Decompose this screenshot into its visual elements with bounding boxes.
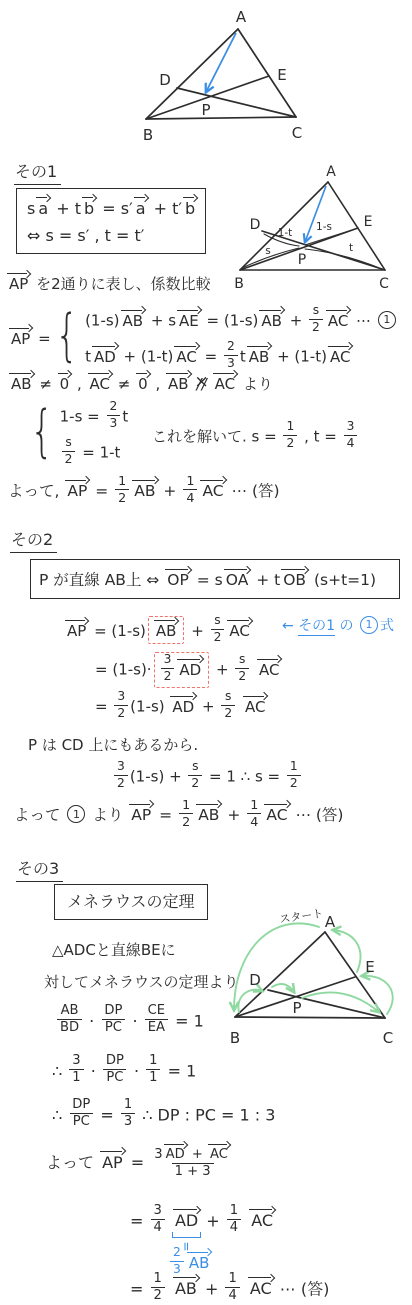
s1-solve-note: これを解いて. s = 12 , t = 34 [152, 422, 359, 452]
s2-line2: = (1-s)·32AD + s2 AC [95, 652, 282, 688]
vector-AP: AP [100, 1150, 125, 1171]
s2-line1: AP = (1-s)AB + s2AC [64, 616, 253, 647]
vector-AC: AC [174, 345, 198, 365]
vector-AP: AP [9, 327, 32, 347]
vector-OP: OP [165, 568, 191, 589]
vector-AE: AE [177, 309, 201, 329]
vector-AC: AC [200, 479, 225, 500]
circled-number: 1 [67, 805, 85, 823]
vector-AB: AB [173, 1276, 199, 1297]
circled-number: 1 [360, 616, 378, 634]
section2-heading: その2 [10, 527, 57, 553]
system-brace: { [56, 309, 79, 362]
vector-AC: AC [213, 372, 237, 392]
fig2-ratio-1-s: 1-s [316, 221, 332, 233]
fig1-label-B: B [143, 126, 153, 144]
vector-AB: AB [121, 309, 146, 329]
s1-answer: よって, AP = 12AB + 14AC ⋯ (答) [8, 476, 280, 507]
vector-AD: AD [170, 695, 196, 715]
s2-equation: 32(1-s) + s2 = 1 ∴ s = 12 [112, 762, 303, 792]
vector-AP: AP [65, 479, 89, 500]
figure-triangle-ratios: A D E B C P 1-t 1-s s t [225, 158, 412, 300]
fig2-label-D: D [250, 217, 261, 233]
system-brace: { [30, 405, 53, 458]
vector-AC: AC [249, 1208, 275, 1229]
vector-AC: AC [257, 658, 281, 678]
box1-line2: ⇔ s = s′ , t = t′ [27, 226, 195, 246]
formula-box-menelaus: メネラウスの定理 [54, 884, 208, 920]
s3-ap-three-quarters: = 34 AD + 14 AC [130, 1206, 276, 1238]
arrow-D-to-P [272, 984, 294, 992]
fig2-ratio-1-t: 1-t [278, 227, 293, 239]
vector-AD: AD [164, 1143, 187, 1161]
vector-AC: AC [264, 803, 289, 824]
vector-a: a [134, 196, 148, 217]
fig3-label-E: E [365, 958, 374, 976]
box1-line1: sa + tb = s′a + t′b [27, 196, 195, 219]
vector-AB: AB [154, 619, 179, 639]
vector-OB: OB [281, 568, 308, 589]
vertex-labels: A D E B C P [234, 164, 389, 292]
s2-answer: よって 1 より AP = 12AB + 14AC ⋯ (答) [14, 800, 343, 831]
vector-AB: AB [9, 372, 34, 392]
vector-AB: AB [196, 803, 221, 824]
s1-ap-two-ways: AP = {(1-s)AB + sAE = (1-s)AB + s2AC ⋯ 1… [8, 306, 398, 372]
s1-nonzero-condition: AB ≠ 0 , AC ≠ 0 , AB//×AC より [8, 372, 273, 394]
fig1-label-A: A [236, 8, 247, 26]
vector-AC: AC [326, 309, 350, 329]
fig3-label-D: D [249, 971, 261, 989]
fig1-label-P: P [201, 101, 210, 119]
vector-AP-arrow [206, 33, 236, 92]
fig1-label-D: D [159, 71, 171, 89]
vector-AB: AB [166, 372, 191, 392]
fig2-label-E: E [364, 214, 373, 230]
vector-OA: OA [224, 568, 251, 589]
s1-caption: AP を2通りに表し、係数比較 [6, 272, 211, 294]
vector-AB: AB [247, 345, 272, 365]
s3-final-answer: = 12 AB + 14 AC ⋯ (答) [130, 1274, 329, 1305]
fig1-label-E: E [277, 66, 286, 84]
not-parallel-symbol: //× [194, 375, 210, 394]
section3-heading: その3 [16, 856, 63, 882]
vector-0: 0 [136, 372, 150, 392]
arrow-E-to-A [333, 930, 360, 972]
fig2-label-B: B [234, 276, 244, 292]
s3-menelaus-equation: ABBD · DPPC · CEEA = 1 [55, 1006, 204, 1038]
s2-line1-note: ← その1 の 1式 [282, 617, 394, 636]
s3-ratio-result: ∴ DPPC = 13 ∴ DP : PC = 1 : 3 [52, 1100, 275, 1132]
fig2-label-A: A [326, 164, 336, 180]
figure-triangle-menelaus: A D E B C P スタート [218, 895, 412, 1050]
s2-line3: = 32(1-s) AD + s2 AC [95, 692, 268, 722]
vector-AP: AP [129, 803, 153, 824]
vector-b: b [183, 196, 197, 217]
vertex-labels: A D E B C P [143, 8, 302, 144]
vector-a: a [36, 196, 50, 217]
fig3-label-P: P [292, 999, 301, 1017]
fig2-label-C: C [379, 276, 389, 292]
vector-AB: AB [259, 309, 284, 329]
vector-AC: AC [88, 372, 112, 392]
ratio-labels: 1-t 1-s s t [265, 221, 353, 257]
vector-AD: AD [173, 1208, 200, 1229]
circled-number: 1 [378, 311, 396, 329]
vector-AC: AC [208, 1143, 230, 1161]
section1-heading: その1 [14, 159, 61, 185]
vector-b: b [82, 196, 96, 217]
s2-p-on-cd: P は CD 上にもあるから. [28, 736, 198, 755]
arrow-P-to-C [302, 992, 379, 1012]
vector-AC: AC [328, 345, 352, 365]
s1-equation-system: {1-s = 23ts2 = 1-t [30, 402, 128, 468]
fig1-label-C: C [292, 124, 302, 142]
vector-AD: AD [177, 658, 203, 678]
s3-line1: △ADCと直線BEに [52, 941, 176, 960]
box3-line: メネラウスの定理 [67, 892, 195, 912]
fig3-label-A: A [325, 913, 336, 931]
fig2-label-P: P [298, 252, 306, 268]
figure-triangle-top: A D E B C P [128, 2, 320, 150]
vector-AB: AB [187, 1251, 212, 1271]
s3-line2: 対してメネラウスの定理より [44, 973, 239, 992]
fig3-label-C: C [383, 1029, 393, 1047]
fig3-label-B: B [230, 1029, 240, 1047]
vertex-labels: A D E B C P [230, 913, 393, 1047]
vector-AD: AD [92, 345, 118, 365]
fig2-ratio-t: t [349, 242, 353, 254]
vector-AB: AB [132, 479, 157, 500]
box2-line: P が直線 AB上 ⇔ OP = sOA + tOB (s+t=1) [39, 568, 391, 590]
vector-0: 0 [58, 372, 72, 392]
s3-substituted: ∴ 31 · DPPC · 11 = 1 [52, 1056, 196, 1088]
formula-box-collinear: P が直線 AB上 ⇔ OP = sOA + tOB (s+t=1) [30, 559, 400, 599]
vector-AC: AC [227, 619, 251, 639]
s3-ap-big-fraction: よって AP = 3AD + AC1 + 3 [46, 1145, 236, 1182]
vector-AP: AP [7, 272, 30, 292]
fig2-ratio-s: s [265, 245, 270, 257]
vector-AC: AC [243, 695, 267, 715]
vector-AP: AP [65, 619, 88, 639]
handwritten-note-page: A D E B C P その1 sa + tb = s′a + t′b ⇔ s … [0, 0, 412, 1305]
formula-box-coefficient-comparison: sa + tb = s′a + t′b ⇔ s = s′ , t = t′ [16, 188, 206, 254]
vector-AC: AC [248, 1276, 274, 1297]
